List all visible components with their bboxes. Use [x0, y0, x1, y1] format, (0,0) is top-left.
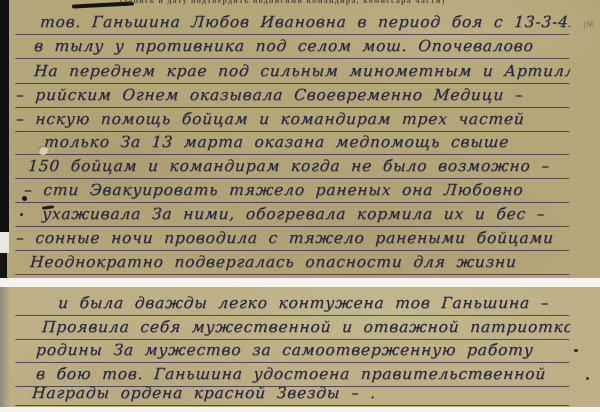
handwritten-line: ухаживала За ними, обогревала кормила их…: [15, 203, 571, 227]
handwritten-line: Неоднократно подвергалась опасности для …: [15, 251, 571, 275]
ink-speck: [574, 349, 578, 352]
handwritten-line: Проявила себя мужественной и отважной па…: [15, 316, 571, 340]
scanned-document: (запись и дату подтвердить подписями ком…: [0, 0, 600, 412]
handwritten-line: – сонные ночи проводила с тяжело раненым…: [15, 227, 571, 251]
handwritten-line: – нскую помощь бойцам и командирам трех …: [15, 108, 571, 132]
handwritten-line: и была дважды легко контужена тов Ганьши…: [15, 292, 571, 316]
printed-form-caption-text: (запись и дату подтвердить подписями ком…: [120, 0, 540, 5]
handwritten-line: – рийским Огнем оказывала Своевременно М…: [15, 84, 571, 108]
scan-edge-shadow: [0, 287, 10, 407]
handwritten-line: 150 бойцам и командирам когда не было во…: [15, 155, 571, 179]
printed-form-caption: (запись и дату подтвердить подписями ком…: [120, 0, 540, 7]
ink-speck: [586, 377, 589, 380]
handwritten-line: только За 13 марта оказана медпомощь свы…: [15, 131, 571, 155]
pencil-margin-note: (№: [582, 19, 594, 30]
ink-blot: [22, 196, 27, 201]
paper-hole-blemish: [38, 146, 48, 155]
scan-edge-black: [0, 0, 9, 232]
handwritten-line: родины За мужество за самоотверженную ра…: [15, 339, 571, 363]
scan-edge-black: [0, 253, 7, 278]
scan-fragment-top: (запись и дату подтвердить подписями ком…: [0, 0, 600, 278]
handwritten-line: в тылу у противника под селом мош. Опоче…: [15, 35, 571, 59]
handwritten-line: – сти Эвакуировать тяжело раненых она Лю…: [15, 179, 571, 203]
handwritten-line: На переднем крае под сильным минометным …: [15, 60, 571, 84]
ink-blot: [20, 213, 23, 216]
handwritten-line: Награды ордена красной Звезды – .: [15, 382, 571, 406]
scan-edge-notch: [0, 232, 9, 253]
handwritten-line: тов. Ганьшина Любов Ивановна в период бо…: [15, 11, 571, 35]
scan-fragment-bottom: и была дважды легко контужена тов Ганьши…: [0, 287, 600, 407]
